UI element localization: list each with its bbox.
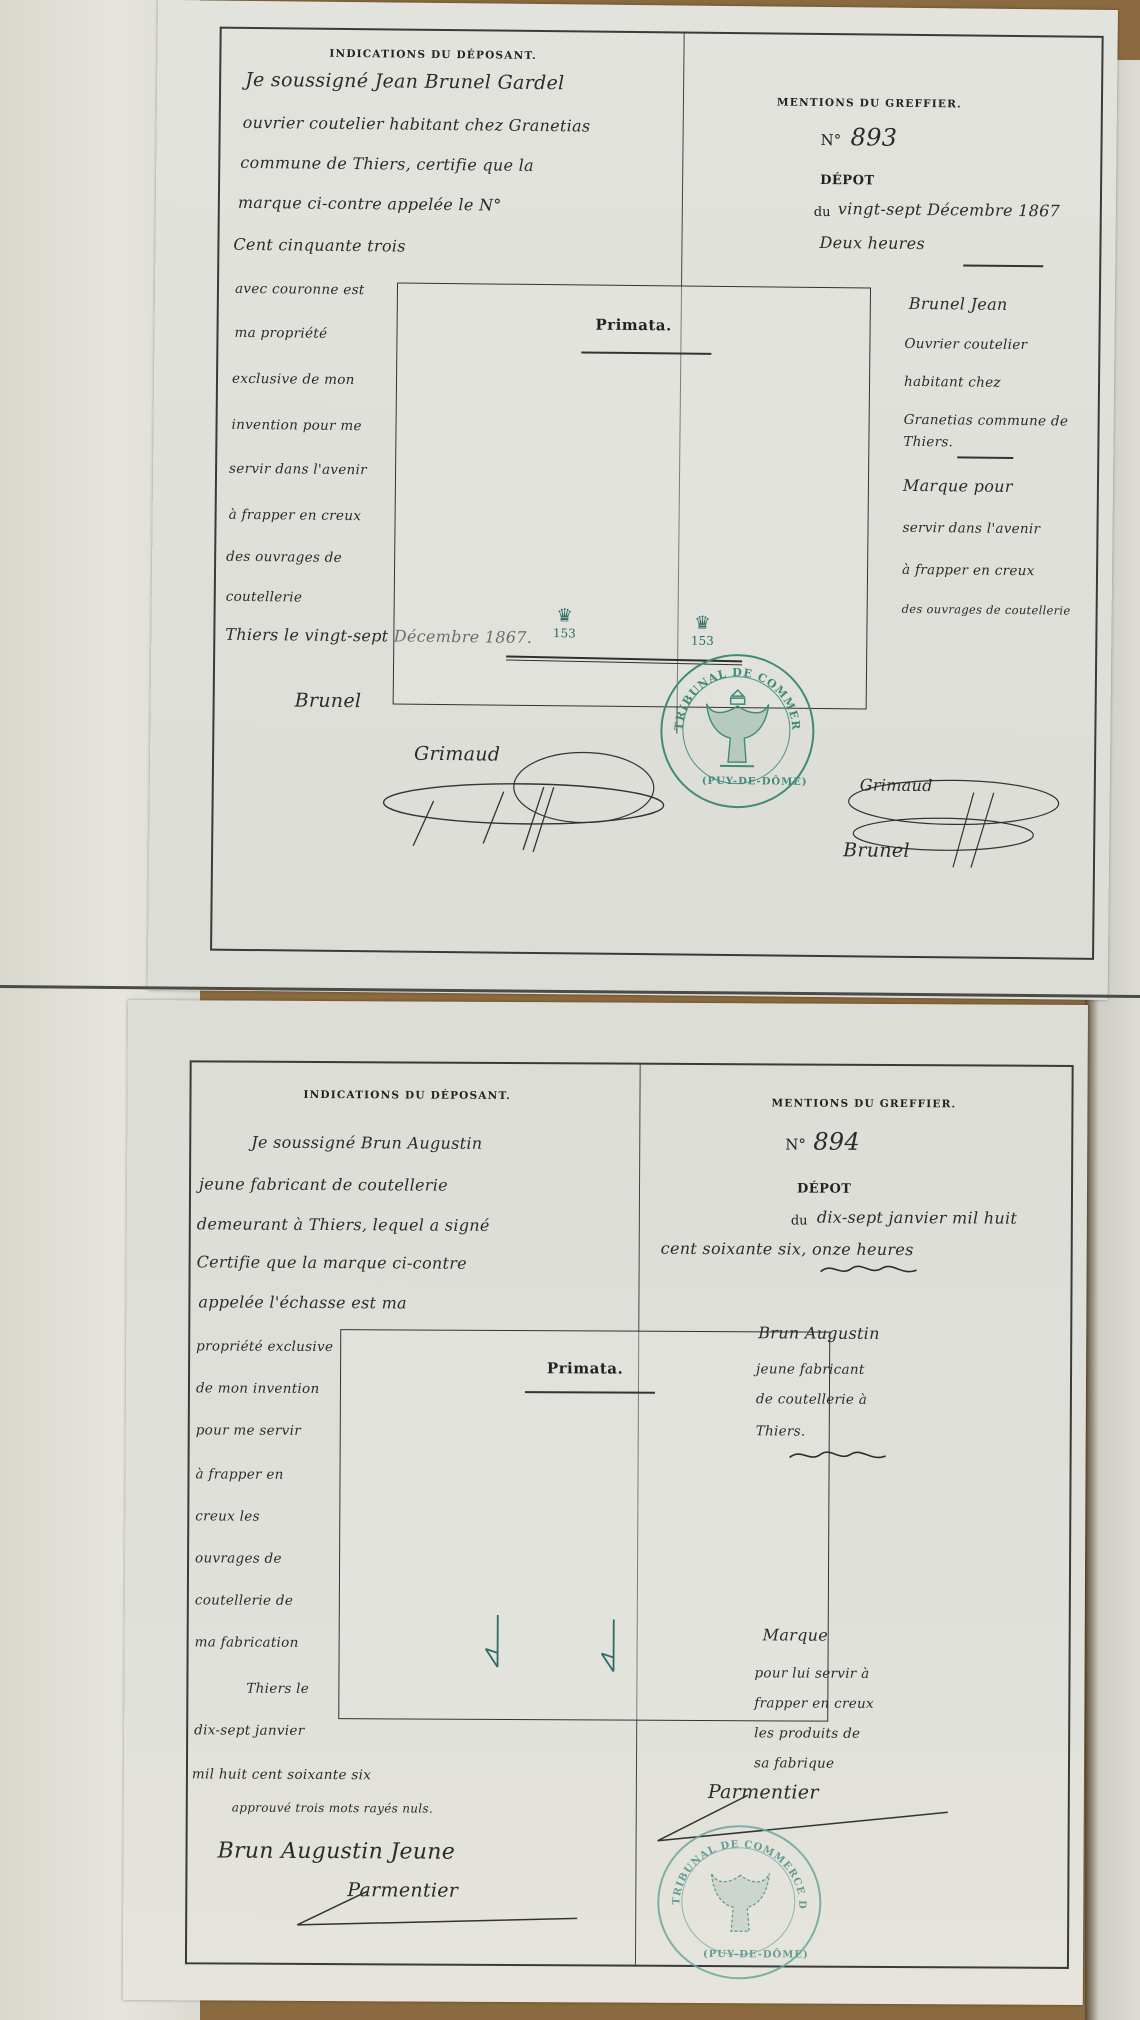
du-label: du [814, 205, 831, 220]
declaration-line: marque ci-contre appelée le N° [238, 193, 502, 215]
depositor-signature: Brunel [295, 689, 362, 712]
clerk-column-title: MENTIONS DU GREFFIER. [771, 1097, 956, 1110]
depot-time: Deux heures [819, 233, 925, 253]
declaration-line: ouvrages de [195, 1550, 282, 1566]
eagle-emblem-icon [707, 1861, 773, 1941]
separator-rule [957, 456, 1013, 459]
declaration-line: propriété exclusive [196, 1338, 333, 1355]
declaration-line: commune de Thiers, certifie que la [240, 153, 534, 175]
title-underline [525, 1391, 655, 1393]
declaration-line: mil huit cent soixante six [192, 1766, 371, 1783]
tribunal-seal: TRIBUNAL DE COMMERCE DE THIERS (PUY-DE-D… [657, 1825, 822, 1980]
declaration-line: appelée l'échasse est ma [198, 1292, 407, 1312]
clerk-note: frapper en creux [754, 1695, 874, 1712]
clerk-note: habitant chez [904, 374, 1001, 391]
clerk-note: de coutellerie à [756, 1391, 867, 1408]
stilt-mark-impression-icon [481, 1613, 501, 1671]
clerk-note: sa fabrique [754, 1755, 834, 1771]
mark-box-title: Primata. [398, 314, 870, 337]
declaration-line: ouvrier coutelier habitant chez Granetia… [243, 113, 591, 136]
declaration-line: de mon invention [196, 1380, 320, 1397]
declaration-line: ma propriété [234, 325, 327, 342]
registration-number: 893 [850, 123, 897, 151]
clerk-note: à frapper en creux [902, 562, 1035, 579]
clerk-note: Thiers. [903, 434, 953, 451]
depositor-column-title: INDICATIONS DU DÉPOSANT. [303, 1089, 511, 1102]
register-sheet-893: INDICATIONS DU DÉPOSANT. MENTIONS DU GRE… [148, 0, 1118, 1000]
declaration-line: Je soussigné Brun Augustin [251, 1133, 482, 1153]
clerk-note: Marque pour [903, 476, 1013, 496]
clerk-note: Granetias commune de [904, 412, 1069, 430]
clerk-signature: Grimaud [414, 743, 500, 766]
declaration-line: à frapper en creux [229, 507, 362, 524]
tribunal-seal: TRIBUNAL DE COMMERCE DE THIERS (PUY-DE-D… [660, 653, 816, 809]
mark-impression-box: Primata. [338, 1329, 830, 1722]
registration-form-894: INDICATIONS DU DÉPOSANT. MENTIONS DU GRE… [185, 1060, 1074, 1969]
registration-form-893: INDICATIONS DU DÉPOSANT. MENTIONS DU GRE… [210, 27, 1104, 960]
clerk-note: pour lui servir à [754, 1665, 869, 1682]
depot-date: vingt-sept Décembre 1867 [838, 199, 1060, 220]
depositor-signature: Brun Augustin Jeune [217, 1838, 455, 1864]
clerk-note: Thiers. [756, 1423, 806, 1439]
number-label: N° [785, 1135, 806, 1153]
clerk-block-signature-2: Brunel [843, 839, 910, 862]
declaration-line: coutellerie [226, 589, 303, 606]
declaration-line: invention pour me [231, 417, 361, 434]
clerk-note: servir dans l'avenir [902, 520, 1040, 537]
du-label: du [791, 1213, 808, 1228]
clerk-column-title: MENTIONS DU GREFFIER. [777, 96, 962, 110]
declaration-line: demeurant à Thiers, lequel a signé [197, 1214, 490, 1235]
declaration-line: avec couronne est [235, 281, 365, 298]
register-sheet-894: INDICATIONS DU DÉPOSANT. MENTIONS DU GRE… [123, 1000, 1088, 2005]
clerk-note: Brunel Jean [909, 294, 1008, 314]
clerk-note: Brun Augustin [758, 1323, 880, 1343]
depot-date: dix-sept janvier mil huit [817, 1208, 1017, 1228]
declaration-line: Certifie que la marque ci-contre [197, 1252, 467, 1272]
mark-impression-box: Primata. ♛ 153 ♛ 153 [393, 283, 871, 710]
declaration-line: dix-sept janvier [194, 1722, 304, 1739]
declaration-line: creux les [195, 1508, 260, 1524]
eagle-emblem-icon [702, 686, 773, 773]
declaration-line: ma fabrication [195, 1634, 299, 1651]
title-underline [581, 351, 711, 354]
clerk-note: Ouvrier coutelier [904, 336, 1027, 353]
depositor-column-title: INDICATIONS DU DÉPOSANT. [329, 48, 537, 62]
clerk-note: Marque [763, 1625, 828, 1644]
declaration-line: jeune fabricant de coutellerie [199, 1174, 448, 1194]
declaration-line: coutellerie de [195, 1592, 293, 1609]
clerk-note: les produits de [754, 1725, 860, 1742]
registration-number: 894 [813, 1128, 860, 1156]
crown-mark-impression: ♛ 153 [682, 613, 722, 648]
depot-label: DÉPOT [797, 1182, 852, 1197]
clerk-note: jeune fabricant [756, 1361, 865, 1378]
depot-label: DÉPOT [820, 173, 875, 189]
separator-rule [963, 264, 1043, 267]
crown-mark-impression: ♛ 153 [544, 605, 584, 640]
declaration-line: des ouvrages de [226, 549, 342, 566]
depot-time: cent soixante six, onze heures [661, 1239, 914, 1259]
stilt-mark-impression-icon [597, 1617, 617, 1675]
crown-icon: ♛ [544, 605, 584, 626]
clerk-block-signature: Grimaud [860, 775, 933, 795]
declaration-line: Je soussigné Jean Brunel Gardel [245, 69, 565, 94]
declaration-line: pour me servir [196, 1422, 301, 1439]
declaration-line: Thiers le [246, 1681, 309, 1697]
declaration-line: exclusive de mon [232, 371, 355, 388]
clerk-note: des ouvrages de coutellerie [902, 602, 1071, 618]
approval-note: approuvé trois mots rayés nuls. [232, 1801, 433, 1816]
clerk-signature: Parmentier [347, 1879, 458, 1902]
declaration-line: à frapper en [195, 1466, 283, 1482]
declaration-line: Cent cinquante trois [233, 235, 406, 256]
clerk-block-signature: Parmentier [708, 1781, 819, 1804]
flourish-squiggle [819, 1262, 919, 1279]
declaration-line: servir dans l'avenir [229, 461, 367, 478]
crown-icon: ♛ [682, 613, 722, 634]
number-label: N° [820, 131, 841, 149]
flourish-squiggle [788, 1447, 888, 1464]
